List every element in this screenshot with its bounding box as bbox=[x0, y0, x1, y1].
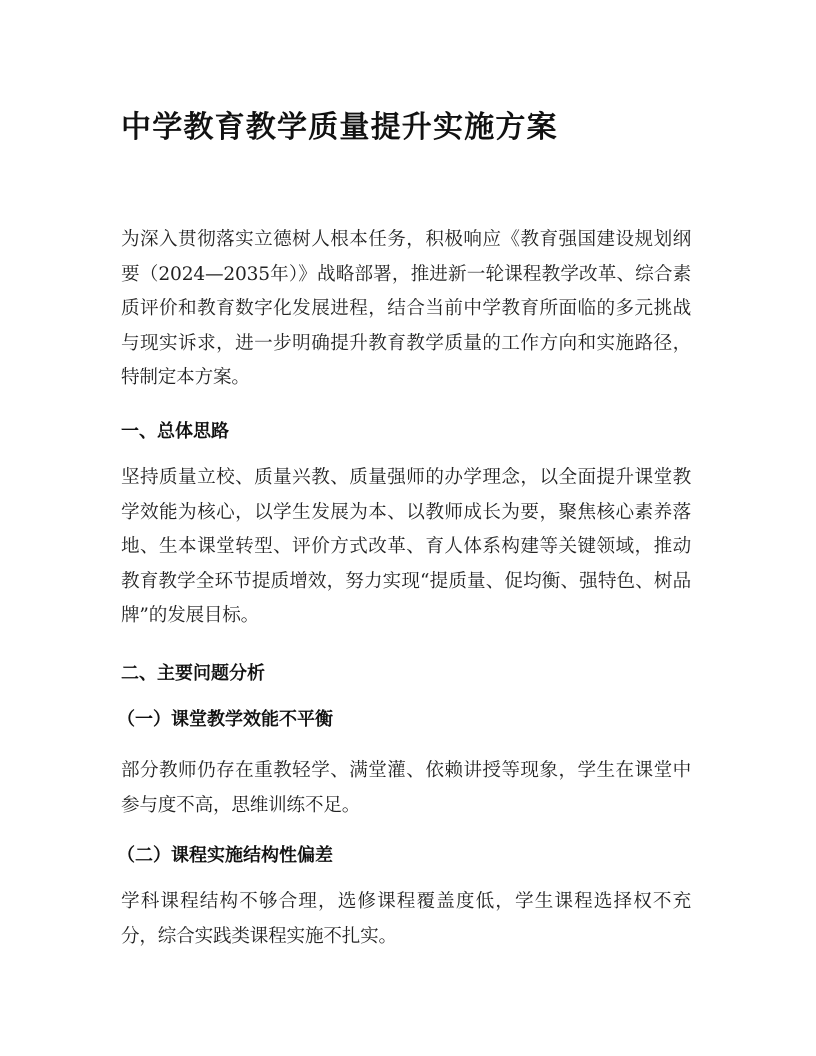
intro-paragraph: 为深入贯彻落实立德树人根本任务，积极响应《教育强国建设规划纲要（2024—203… bbox=[121, 223, 691, 396]
document-page: 中学教育教学质量提升实施方案 为深入贯彻落实立德树人根本任务，积极响应《教育强国… bbox=[0, 0, 816, 1056]
classroom-efficiency-paragraph: 部分教师仍存在重教轻学、满堂灌、依赖讲授等现象，学生在课堂中参与度不高，思维训练… bbox=[121, 754, 691, 823]
document-title: 中学教育教学质量提升实施方案 bbox=[121, 108, 558, 148]
section-heading-problem-analysis: 二、主要问题分析 bbox=[121, 661, 265, 687]
overall-approach-paragraph: 坚持质量立校、质量兴教、质量强师的办学理念，以全面提升课堂教学效能为核心，以学生… bbox=[121, 461, 691, 634]
subsection-heading-classroom-efficiency: （一）课堂教学效能不平衡 bbox=[117, 707, 333, 733]
section-heading-overall-approach: 一、总体思路 bbox=[121, 419, 229, 445]
subsection-heading-curriculum-deviation: （二）课程实施结构性偏差 bbox=[117, 843, 333, 869]
curriculum-deviation-paragraph: 学科课程结构不够合理，选修课程覆盖度低，学生课程选择权不充分，综合实践类课程实施… bbox=[121, 885, 691, 954]
